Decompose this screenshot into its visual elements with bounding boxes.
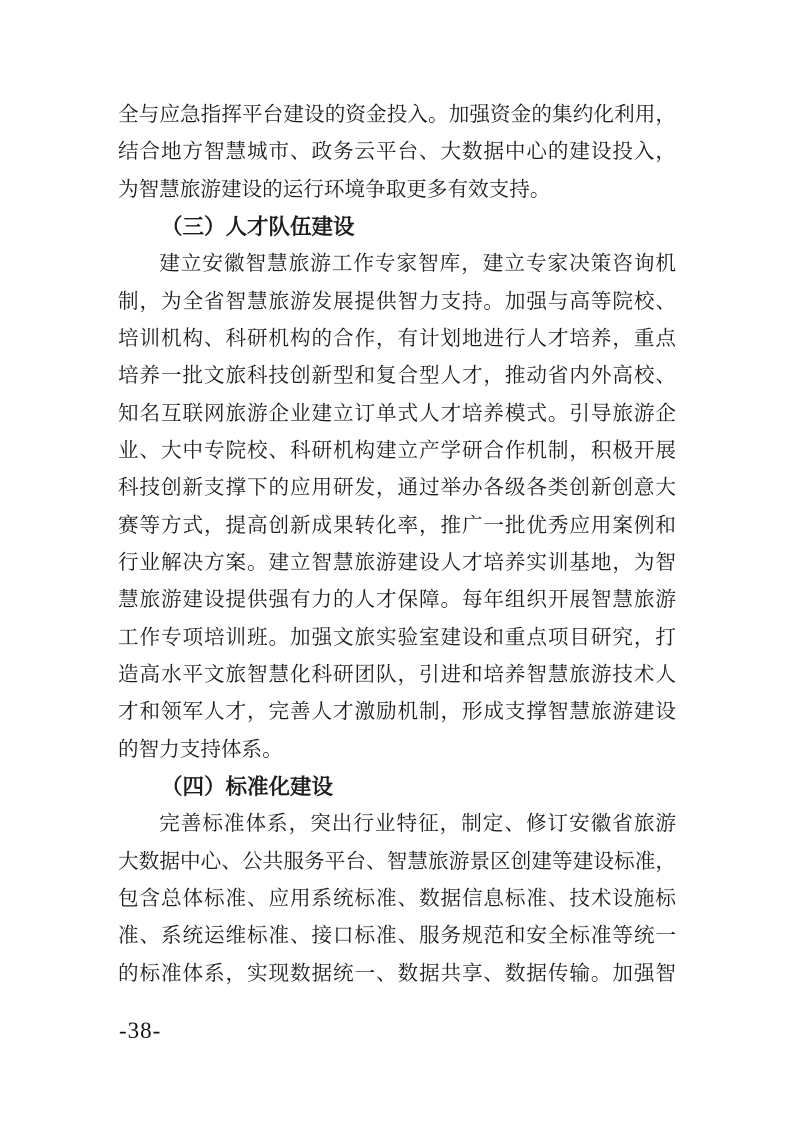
- heading-line: （三）人才队伍建设: [118, 209, 676, 246]
- text-line: 的标准体系，实现数据统一、数据共享、数据传输。加强智: [118, 956, 676, 993]
- text-line: 才和领军人才，完善人才激励机制，形成支撑智慧旅游建设: [118, 694, 676, 731]
- text-line: 培养一批文旅科技创新型和复合型人才，推动省内外高校、: [118, 358, 676, 395]
- text-line: 建立安徽智慧旅游工作专家智库，建立专家决策咨询机: [118, 246, 676, 283]
- text-line: 结合地方智慧城市、政务云平台、大数据中心的建设投入，: [118, 134, 676, 171]
- text-line: 全与应急指挥平台建设的资金投入。加强资金的集约化利用，: [118, 97, 676, 134]
- text-line: 准、系统运维标准、接口标准、服务规范和安全标准等统一: [118, 918, 676, 955]
- text-line: 培训机构、科研机构的合作，有计划地进行人才培养，重点: [118, 321, 676, 358]
- paragraph: 完善标准体系，突出行业特征，制定、修订安徽省旅游大数据中心、公共服务平台、智慧旅…: [118, 806, 676, 993]
- text-line: 为智慧旅游建设的运行环境争取更多有效支持。: [118, 172, 676, 209]
- text-line: 大数据中心、公共服务平台、智慧旅游景区创建等建设标准，: [118, 844, 676, 881]
- document-page: 全与应急指挥平台建设的资金投入。加强资金的集约化利用，结合地方智慧城市、政务云平…: [0, 0, 793, 1122]
- paragraph: 建立安徽智慧旅游工作专家智库，建立专家决策咨询机制，为全省智慧旅游发展提供智力支…: [118, 246, 676, 769]
- text-line: 行业解决方案。建立智慧旅游建设人才培养实训基地，为智: [118, 545, 676, 582]
- document-body: 全与应急指挥平台建设的资金投入。加强资金的集约化利用，结合地方智慧城市、政务云平…: [118, 97, 676, 993]
- section-heading: （三）人才队伍建设: [118, 209, 676, 246]
- page-number: -38-: [119, 1016, 161, 1046]
- text-line: 知名互联网旅游企业建立订单式人才培养模式。引导旅游企: [118, 396, 676, 433]
- text-line: 工作专项培训班。加强文旅实验室建设和重点项目研究，打: [118, 620, 676, 657]
- heading-line: （四）标准化建设: [118, 769, 676, 806]
- text-line: 赛等方式，提高创新成果转化率，推广一批优秀应用案例和: [118, 508, 676, 545]
- paragraph: 全与应急指挥平台建设的资金投入。加强资金的集约化利用，结合地方智慧城市、政务云平…: [118, 97, 676, 209]
- text-line: 完善标准体系，突出行业特征，制定、修订安徽省旅游: [118, 806, 676, 843]
- text-line: 造高水平文旅智慧化科研团队，引进和培养智慧旅游技术人: [118, 657, 676, 694]
- text-line: 制，为全省智慧旅游发展提供智力支持。加强与高等院校、: [118, 284, 676, 321]
- text-line: 慧旅游建设提供强有力的人才保障。每年组织开展智慧旅游: [118, 582, 676, 619]
- text-line: 业、大中专院校、科研机构建立产学研合作机制，积极开展: [118, 433, 676, 470]
- text-line: 包含总体标准、应用系统标准、数据信息标准、技术设施标: [118, 881, 676, 918]
- section-heading: （四）标准化建设: [118, 769, 676, 806]
- text-line: 科技创新支撑下的应用研发，通过举办各级各类创新创意大: [118, 470, 676, 507]
- text-line: 的智力支持体系。: [118, 732, 676, 769]
